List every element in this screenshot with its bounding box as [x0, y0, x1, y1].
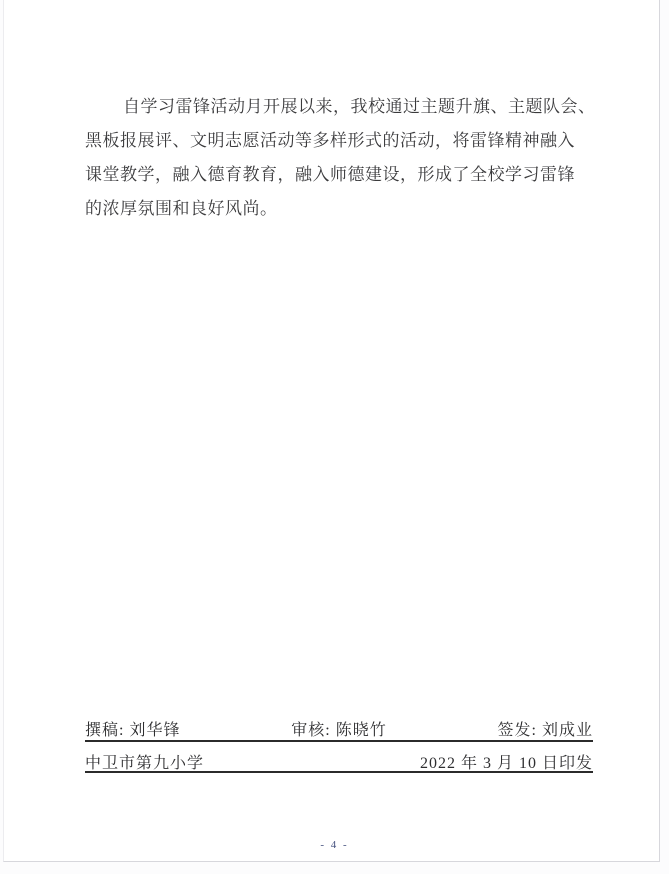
divider-line-top — [85, 740, 593, 742]
paragraph-line-3: 课堂教学，融入德育教育，融入师德建设，形成了全校学习雷锋 — [85, 158, 585, 192]
school-name: 中卫市第九小学 — [85, 750, 204, 773]
document-viewport: 自学习雷锋活动月开展以来，我校通过主题升旗、主题队会、 黑板报展评、文明志愿活动… — [0, 0, 669, 874]
print-date: 2022 年 3 月 10 日印发 — [420, 750, 593, 773]
paragraph-line-1: 自学习雷锋活动月开展以来，我校通过主题升旗、主题队会、 — [85, 90, 585, 124]
drafter-label: 撰稿: 刘华锋 — [85, 717, 180, 740]
paragraph-line-4: 的浓厚氛围和良好风尚。 — [85, 192, 585, 226]
body-paragraph: 自学习雷锋活动月开展以来，我校通过主题升旗、主题队会、 黑板报展评、文明志愿活动… — [85, 90, 585, 226]
issuing-row: 中卫市第九小学 2022 年 3 月 10 日印发 — [85, 750, 593, 773]
divider-line-bottom — [85, 771, 593, 773]
signature-row: 撰稿: 刘华锋 审核: 陈晓竹 签发: 刘成业 — [85, 717, 593, 740]
page-number: - 4 - — [0, 839, 669, 851]
issuer-label: 签发: 刘成业 — [498, 717, 593, 740]
paragraph-line-2: 黑板报展评、文明志愿活动等多样形式的活动，将雷锋精神融入 — [85, 124, 585, 158]
reviewer-label: 审核: 陈晓竹 — [291, 717, 386, 740]
